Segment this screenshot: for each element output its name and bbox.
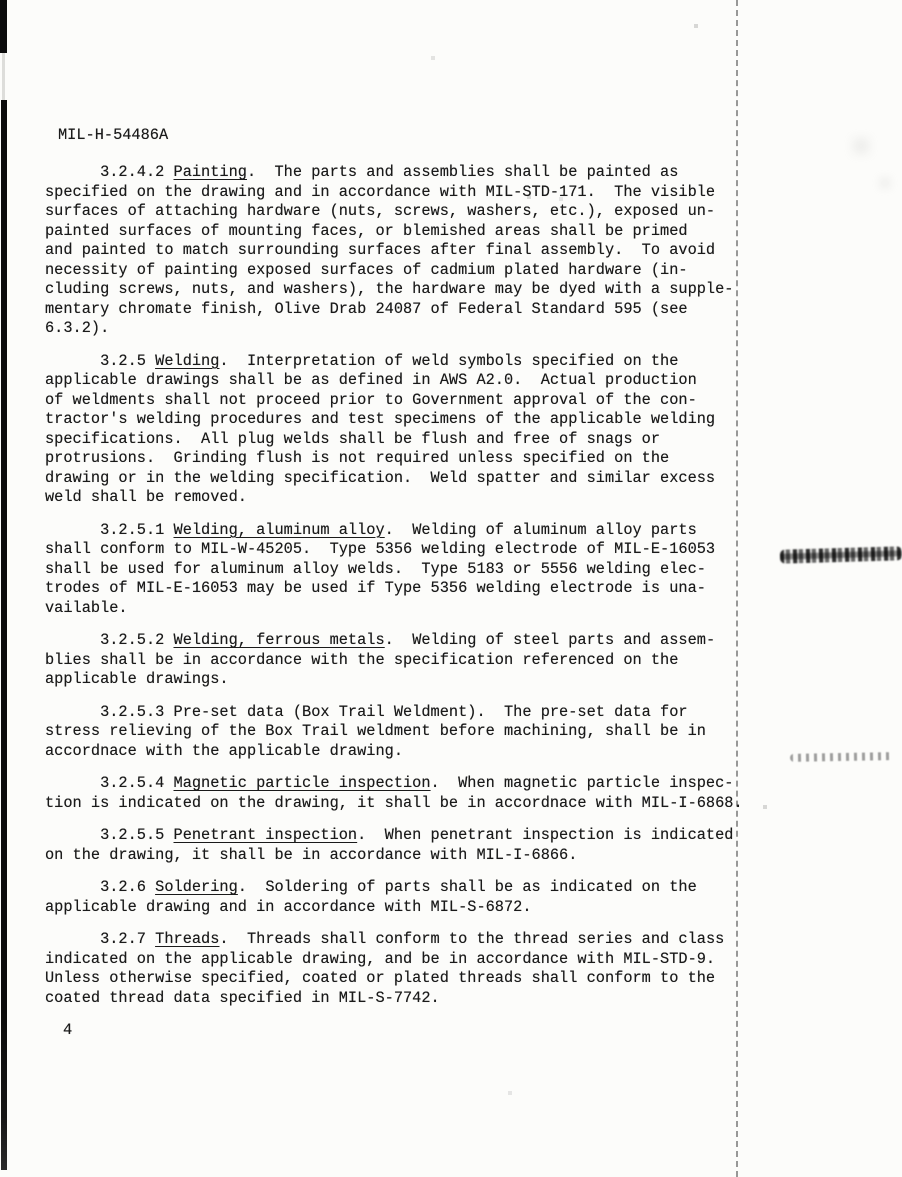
- faint-smudge: [790, 752, 892, 762]
- doc-number: MIL-H-54486A: [58, 126, 168, 146]
- paragraph-3.2.5.3: 3.2.5.3 Pre-set data (Box Trail Weldment…: [45, 703, 765, 762]
- paragraph-3.2.5.1: 3.2.5.1 Welding, aluminum alloy. Welding…: [45, 521, 765, 619]
- paragraph-3.2.7: 3.2.7 Threads. Threads shall conform to …: [45, 930, 765, 1008]
- left-edge-scan-artifact: [1, 100, 7, 1170]
- document-body: 3.2.4.2 Painting. The parts and assembli…: [45, 163, 765, 1008]
- left-edge-scan-artifact: [0, 0, 7, 53]
- paragraph-3.2.5.5: 3.2.5.5 Penetrant inspection. When penet…: [45, 826, 765, 865]
- paragraph-3.2.5.2: 3.2.5.2 Welding, ferrous metals. Welding…: [45, 631, 765, 690]
- scanned-page: MIL-H-54486A 3.2.4.2 Painting. The parts…: [0, 0, 902, 1177]
- paragraph-3.2.4.2: 3.2.4.2 Painting. The parts and assembli…: [45, 163, 765, 339]
- page-number: 4: [63, 1021, 72, 1041]
- handwritten-smudge: [780, 546, 902, 563]
- paper-speckles: [0, 0, 2, 2]
- left-edge-scan-artifact-gap: [2, 53, 5, 100]
- paragraph-3.2.5: 3.2.5 Welding. Interpretation of weld sy…: [45, 352, 765, 508]
- paragraph-3.2.6: 3.2.6 Soldering. Soldering of parts shal…: [45, 878, 765, 917]
- paragraph-3.2.5.4: 3.2.5.4 Magnetic particle inspection. Wh…: [45, 774, 765, 813]
